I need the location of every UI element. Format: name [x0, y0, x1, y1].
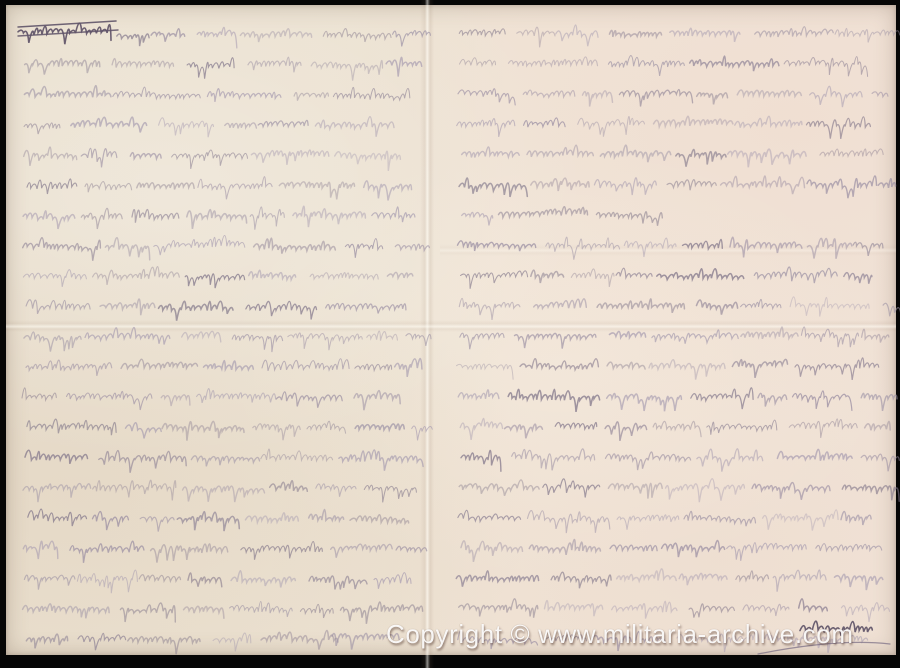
letter-scan-viewport: Copyright © www.militaria-archive.com — [0, 0, 900, 668]
watermark-text: Copyright © www.militaria-archive.com — [386, 619, 854, 650]
fold-crease-horizontal — [6, 320, 896, 332]
fold-crease-vertical — [420, 0, 434, 668]
fold-crease-horizontal-faint — [440, 244, 896, 256]
